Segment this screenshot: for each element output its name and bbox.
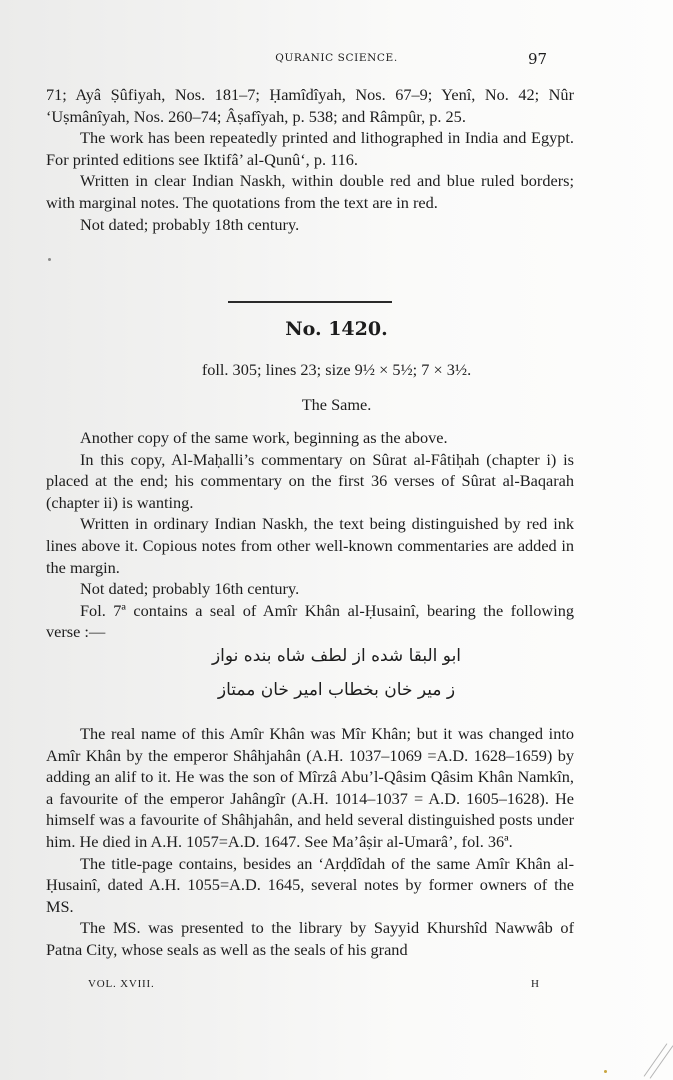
entry-title: The Same. — [0, 395, 673, 415]
paragraph-amir-khan: The real name of this Amîr Khân was Mîr … — [46, 723, 574, 853]
entry-description: Another copy of the same work, beginning… — [46, 427, 574, 643]
paragraph-date: Not dated; probably 18th century. — [46, 214, 574, 236]
scan-mark — [644, 1043, 668, 1076]
entry-number: No. 1420. — [0, 318, 673, 340]
page-number: 97 — [528, 50, 547, 68]
paragraph-libraries: 71; Ayâ Ṣûfiyah, Nos. 181–7; Ḥamîdîyah, … — [46, 84, 574, 127]
ink-speck — [48, 258, 51, 261]
ink-speck — [604, 1070, 607, 1073]
running-title: QURANIC SCIENCE. — [0, 52, 673, 64]
persian-verse-line-1: ابو البقا شده از لطف شاه بنده نواز — [0, 646, 673, 666]
signature-mark: H — [531, 978, 539, 990]
paragraph-script: Written in ordinary Indian Naskh, the te… — [46, 513, 574, 578]
top-section: 71; Ayâ Ṣûfiyah, Nos. 181–7; Ḥamîdîyah, … — [46, 84, 574, 235]
paragraph-title-page: The title-page contains, besides an ‘Arḍ… — [46, 853, 574, 918]
entry-history: The real name of this Amîr Khân was Mîr … — [46, 723, 574, 961]
volume-label: VOL. XVIII. — [88, 978, 155, 990]
paragraph-date: Not dated; probably 16th century. — [46, 578, 574, 600]
section-divider — [228, 301, 392, 303]
paragraph-script: Written in clear Indian Naskh, within do… — [46, 170, 574, 213]
book-page: QURANIC SCIENCE. 97 71; Ayâ Ṣûfiyah, Nos… — [0, 0, 673, 1080]
paragraph-provenance: The MS. was presented to the library by … — [46, 917, 574, 960]
paragraph-editions: The work has been repeatedly printed and… — [46, 127, 574, 170]
paragraph-commentary: In this copy, Al-Maḥalli’s commentary on… — [46, 449, 574, 514]
persian-verse-line-2: ز میر خان بخطاب امیر خان ممتاز — [0, 680, 673, 700]
paragraph-copy: Another copy of the same work, beginning… — [46, 427, 574, 449]
running-head: QURANIC SCIENCE. 97 — [0, 50, 673, 70]
paragraph-seal: Fol. 7ª contains a seal of Amîr Khân al-… — [46, 600, 574, 643]
entry-meta: foll. 305; lines 23; size 9½ × 5½; 7 × 3… — [0, 360, 673, 380]
